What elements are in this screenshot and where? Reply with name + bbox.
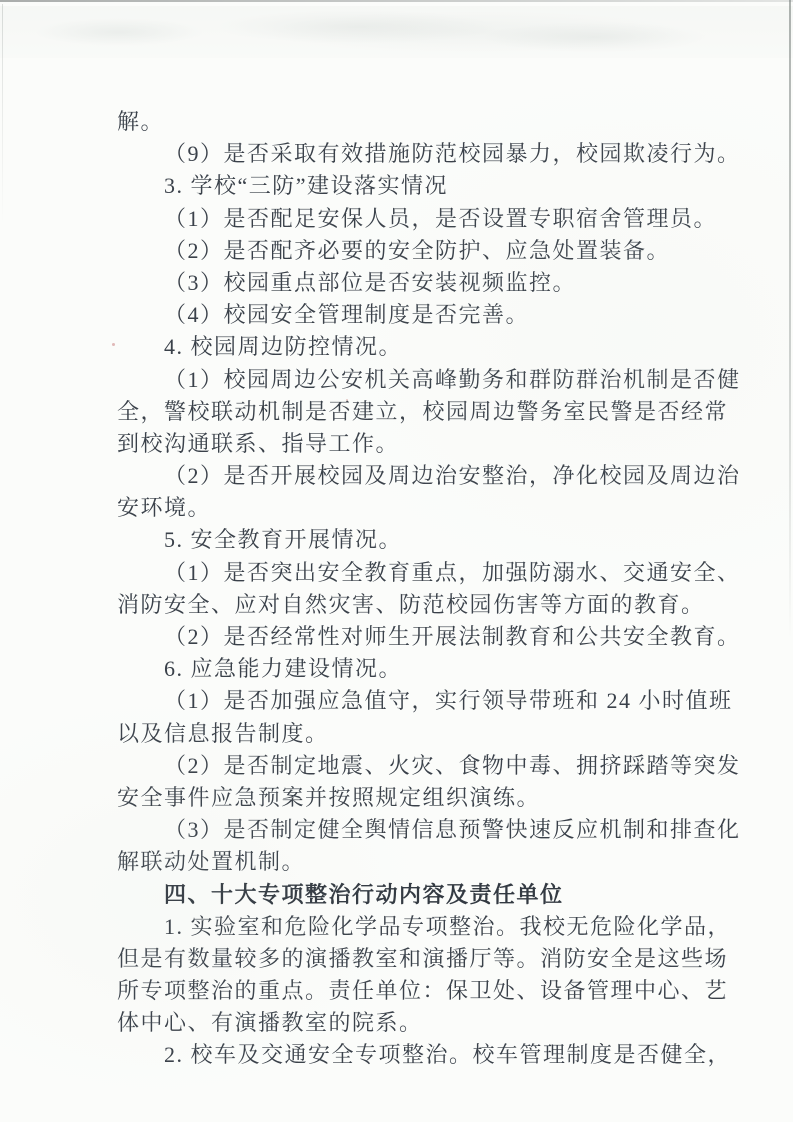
text-line: 6. 应急能力建设情况。 bbox=[117, 653, 793, 685]
section-heading-line: 四、十大专项整治行动内容及责任单位 bbox=[117, 879, 793, 911]
text-line: （3）校园重点部位是否安装视频监控。 bbox=[117, 267, 793, 299]
text-line: （2）是否制定地震、火灾、食物中毒、拥挤踩踏等突发 bbox=[117, 750, 793, 782]
text-line: （1）是否突出安全教育重点，加强防溺水、交通安全、 bbox=[117, 557, 793, 589]
text-line: 体中心、有演播教室的院系。 bbox=[117, 1007, 793, 1039]
text-line: 5. 安全教育开展情况。 bbox=[117, 524, 793, 556]
text-line: 全，警校联动机制是否建立，校园周边警务室民警是否经常 bbox=[117, 396, 793, 428]
scan-artifact-noise-band bbox=[0, 6, 793, 58]
text-line: 消防安全、应对自然灾害、防范校园伤害等方面的教育。 bbox=[117, 589, 793, 621]
text-line: 到校沟通联系、指导工作。 bbox=[117, 428, 793, 460]
text-line: （4）校园安全管理制度是否完善。 bbox=[117, 299, 793, 331]
text-line: （1）是否配足安保人员，是否设置专职宿舍管理员。 bbox=[117, 203, 793, 235]
text-line: （2）是否开展校园及周边治安整治，净化校园及周边治 bbox=[117, 460, 793, 492]
text-line: 2. 校车及交通安全专项整治。校车管理制度是否健全， bbox=[117, 1039, 793, 1071]
text-line: 安环境。 bbox=[117, 492, 793, 524]
text-line: 解。 bbox=[117, 106, 793, 138]
text-line: 1. 实验室和危险化学品专项整治。我校无危险化学品， bbox=[117, 911, 793, 943]
scan-artifact-top-edge bbox=[0, 0, 793, 2]
text-line: （3）是否制定健全舆情信息预警快速反应机制和排查化 bbox=[117, 814, 793, 846]
text-line: （9）是否采取有效措施防范校园暴力，校园欺凌行为。 bbox=[117, 138, 793, 170]
text-line: （1）校园周边公安机关高峰勤务和群防群治机制是否健 bbox=[117, 364, 793, 396]
text-line: 以及信息报告制度。 bbox=[117, 718, 793, 750]
text-line: 4. 校园周边防控情况。 bbox=[117, 331, 793, 363]
text-line: （2）是否配齐必要的安全防护、应急处置装备。 bbox=[117, 235, 793, 267]
document-text: 解。（9）是否采取有效措施防范校园暴力，校园欺凌行为。3. 学校“三防”建设落实… bbox=[0, 106, 793, 1072]
text-line: 所专项整治的重点。责任单位：保卫处、设备管理中心、艺 bbox=[117, 975, 793, 1007]
text-line: 安全事件应急预案并按照规定组织演练。 bbox=[117, 782, 793, 814]
text-line: 解联动处置机制。 bbox=[117, 846, 793, 878]
text-line: （2）是否经常性对师生开展法制教育和公共安全教育。 bbox=[117, 621, 793, 653]
text-line: 3. 学校“三防”建设落实情况 bbox=[117, 170, 793, 202]
document-page: 解。（9）是否采取有效措施防范校园暴力，校园欺凌行为。3. 学校“三防”建设落实… bbox=[0, 0, 793, 1122]
text-line: 但是有数量较多的演播教室和演播厅等。消防安全是这些场 bbox=[117, 943, 793, 975]
text-line: （1）是否加强应急值守，实行领导带班和 24 小时值班 bbox=[117, 685, 793, 717]
